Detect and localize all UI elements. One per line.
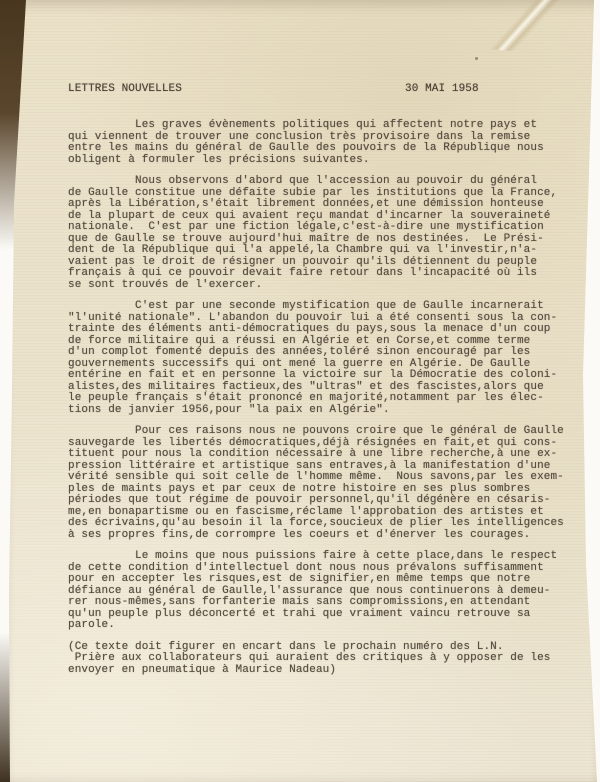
document-date: 30 MAI 1958 [405, 84, 479, 96]
editorial-note: (Ce texte doit figurer en encart dans le… [68, 642, 580, 677]
letterhead: LETTRES NOUVELLES 30 MAI 1958 [68, 84, 580, 96]
typewritten-content: LETTRES NOUVELLES 30 MAI 1958 Les graves… [68, 84, 580, 676]
paragraph-3: C'est par une seconde mystification que … [68, 301, 580, 416]
scanned-document: LETTRES NOUVELLES 30 MAI 1958 Les graves… [0, 0, 600, 782]
fold-crease [466, 0, 590, 56]
paragraph-5: Le moins que nous puissions faire à cett… [68, 551, 580, 632]
paragraph-2: Nous observons d'abord que l'accession a… [68, 176, 580, 291]
publication-title: LETTRES NOUVELLES [68, 84, 182, 96]
paragraph-4: Pour ces raisons nous ne pouvons croire … [68, 426, 580, 541]
paragraph-1: Les graves évènements politiques qui aff… [68, 120, 580, 166]
ink-speck [475, 57, 478, 60]
